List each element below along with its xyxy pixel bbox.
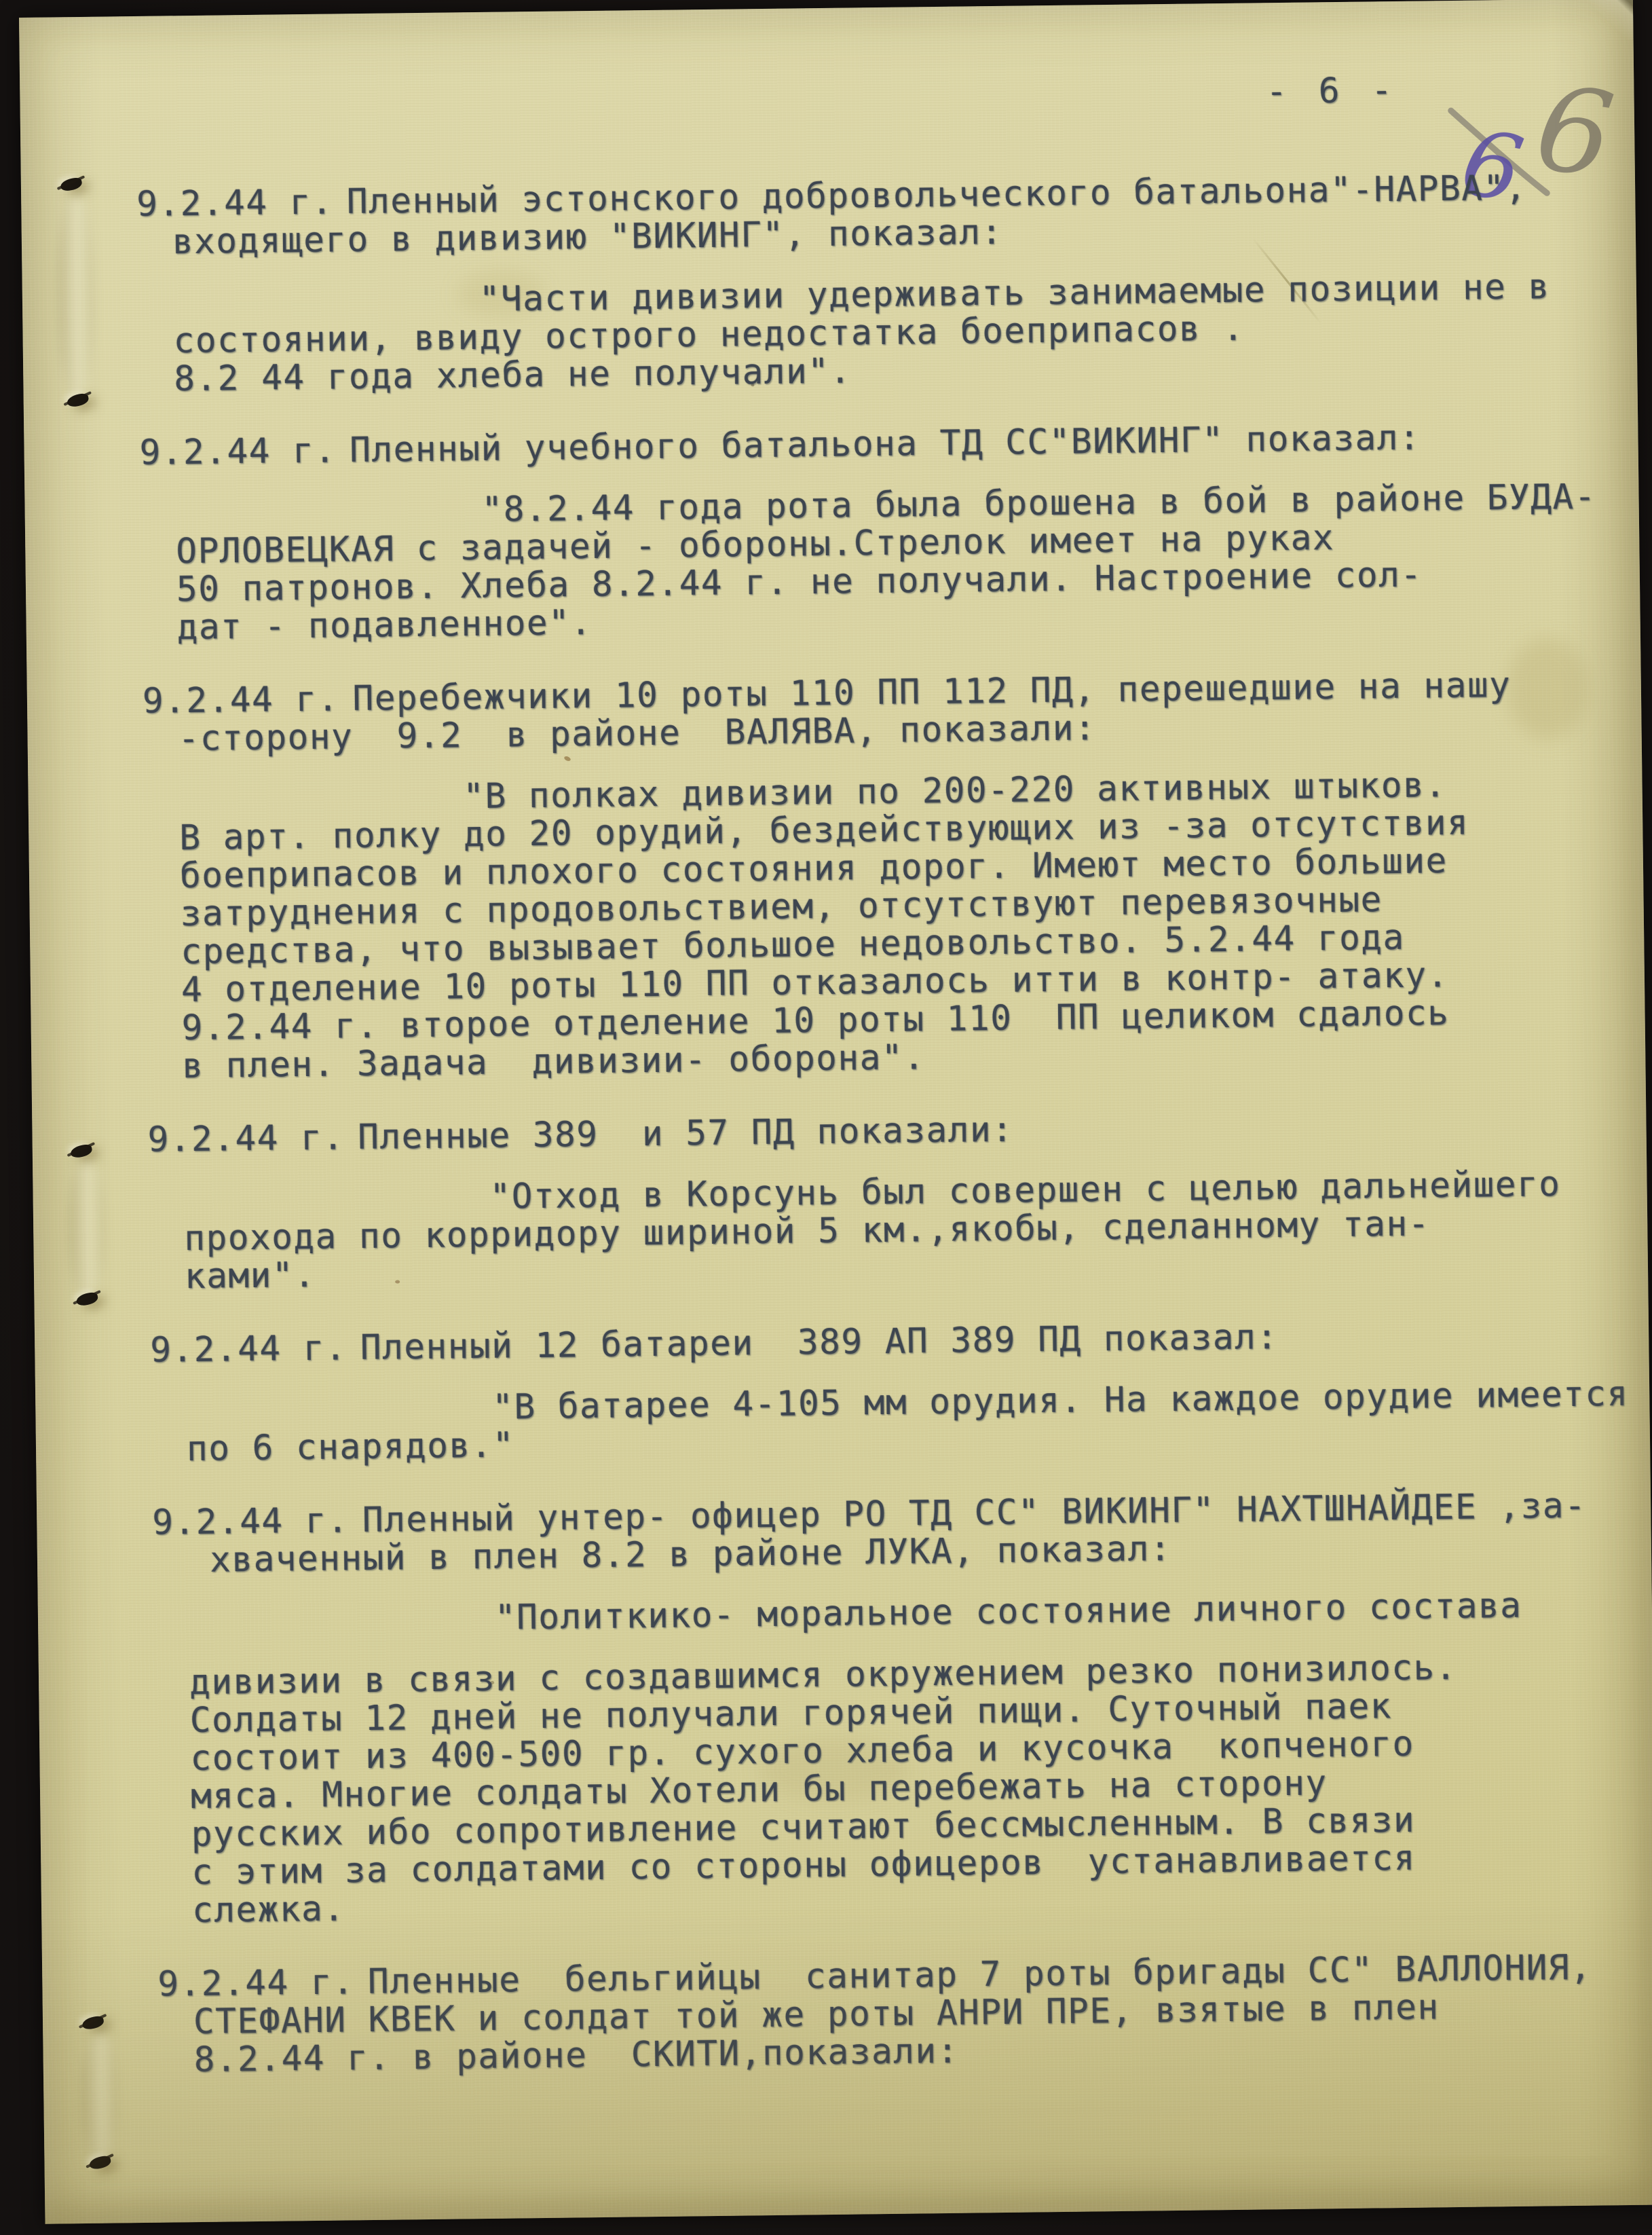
page-number: - 6 - (1266, 72, 1397, 111)
entry-date: 9.2.44 г. (152, 1502, 349, 1542)
entry-quote: "В батарее 4-105 мм орудия. На каждое ор… (186, 1375, 1639, 1469)
binding-groove (81, 2031, 119, 2164)
entry-heading: Пленные бельгийцы санитар 7 роты бригады… (193, 1948, 1647, 2080)
report-entry: 9.2.44 г. Пленный 12 батареи 389 АП 389 … (185, 1314, 1639, 1469)
entry-quote: "8.2.44 года рота была брошена в бой в р… (175, 478, 1630, 647)
entry-date: 9.2.44 г. (157, 1963, 354, 2003)
entry-heading: Пленные 389 и 57 ПД показали: (183, 1104, 1636, 1159)
entry-quote: "Отход в Корсунь был совершен с целью да… (183, 1165, 1637, 1296)
entry-heading: Пленный унтер- офицер РО ТД СС" ВИКИНГ" … (187, 1487, 1640, 1580)
report-entry: 9.2.44 г. Пленный эстонского добровольче… (172, 168, 1627, 399)
binding-hole (60, 177, 83, 192)
report-entry: 9.2.44 г. Пленный учебного батальона ТД … (174, 417, 1630, 647)
binding-hole (81, 2015, 105, 2031)
page-sheet: - 6 - 6 6 9.2.44 г. Пленный эстонского д… (19, 0, 1652, 2224)
entry-date: 9.2.44 г. (147, 1119, 344, 1159)
entry-heading: Перебежчики 10 роты 110 ПП 112 ПД, переш… (178, 665, 1631, 758)
report-entry: 9.2.44 г. Пленный унтер- офицер РО ТД СС… (187, 1487, 1645, 1930)
report-entries: 9.2.44 г. Пленный эстонского добровольче… (172, 168, 1647, 2080)
report-entry: 9.2.44 г. Перебежчики 10 роты 110 ПП 112… (178, 665, 1635, 1086)
entry-heading: Пленный 12 батареи 389 АП 389 ПД показал… (185, 1314, 1638, 1369)
binding-hole (70, 1143, 94, 1159)
report-entry: 9.2.44 г. Пленные 389 и 57 ПД показали: … (183, 1104, 1637, 1296)
entry-quote: "Политкико- моральное состояние личного … (189, 1586, 1642, 1641)
binding-groove (56, 195, 96, 399)
corner-fold (1585, 0, 1634, 40)
entry-quote: "В полках дивизии по 200-220 активных шт… (179, 764, 1634, 1086)
report-entry: 9.2.44 г. Пленные бельгийцы санитар 7 ро… (193, 1948, 1647, 2080)
scanned-document-photo: { "document": { "page_number": "- 6 -", … (0, 0, 1652, 2235)
entry-date: 9.2.44 г. (143, 680, 339, 720)
entry-date: 9.2.44 г. (139, 432, 336, 472)
entry-date: 9.2.44 г. (150, 1329, 347, 1369)
entry-quote: "Части дивизии удерживать занимаемые поз… (173, 267, 1627, 399)
binding-groove (68, 1160, 106, 1300)
entry-quote-continued: дивизии в связи с создавшимся окружением… (189, 1647, 1645, 1930)
entry-heading: Пленный учебного батальона ТД СС"ВИКИНГ"… (174, 417, 1628, 472)
binding-hole (66, 392, 90, 408)
entry-date: 9.2.44 г. (136, 184, 333, 224)
entry-heading: Пленный эстонского добровольческого бата… (172, 168, 1625, 261)
